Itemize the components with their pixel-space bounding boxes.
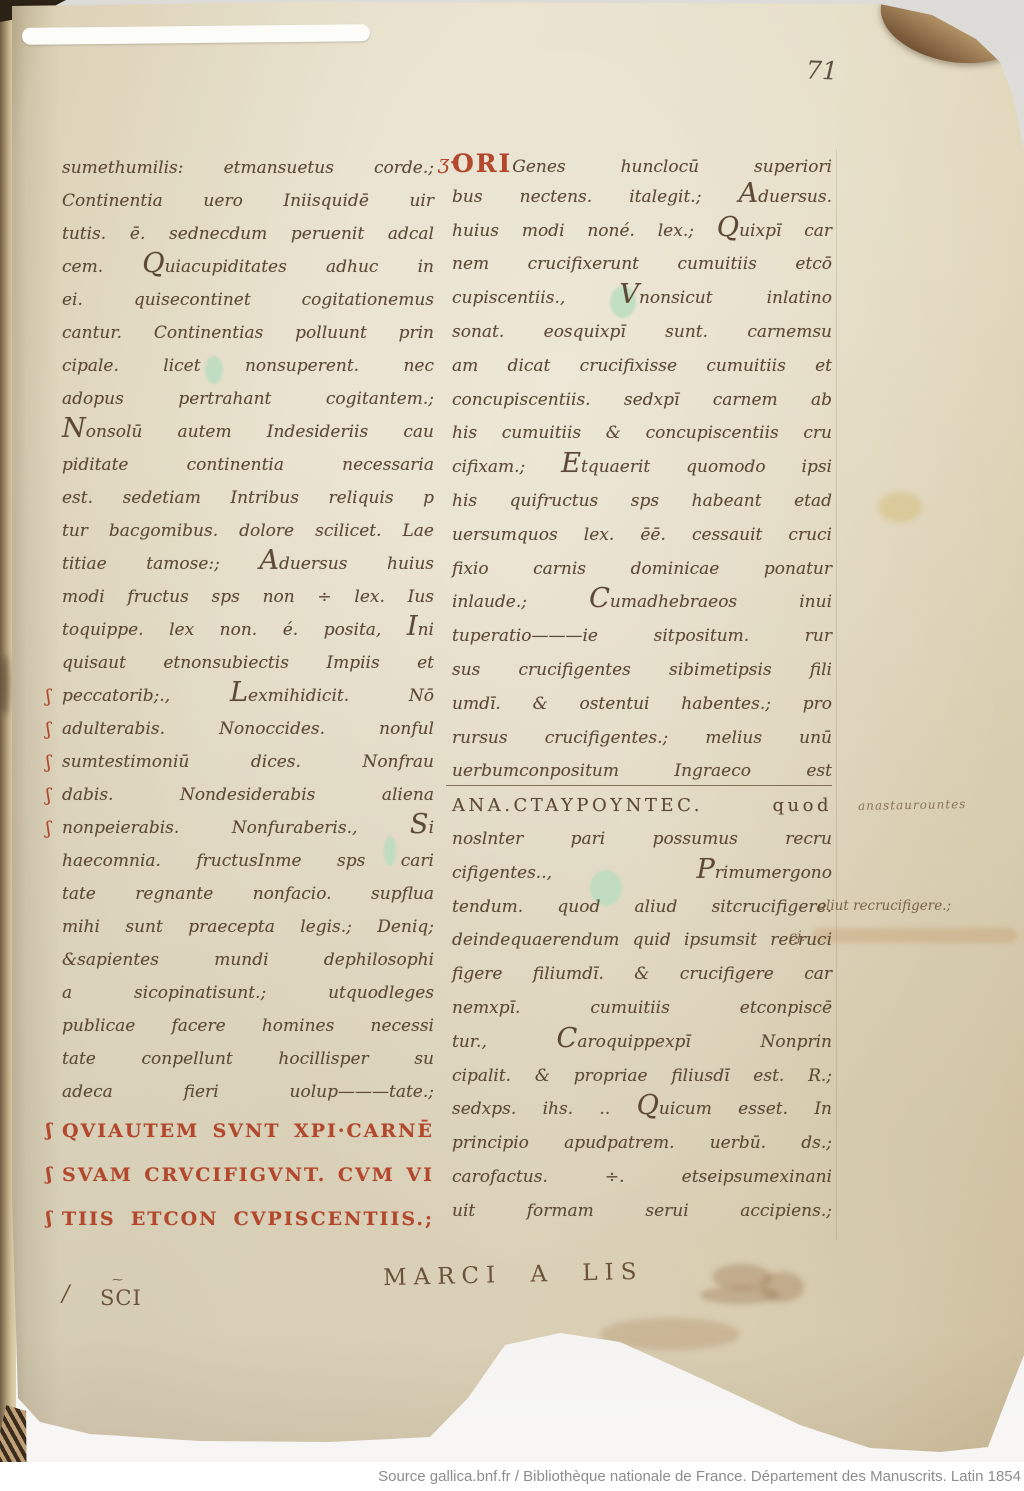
line-text: principio apudpatrem. uerbū. ds.; [452,1133,832,1153]
stain [878,492,922,522]
line-text: fixio carnis dominicae ponatur [452,559,832,579]
manuscript-line: Continentia uero Iniisquidē uir [62,185,434,218]
enlarged-initial: I [407,611,418,642]
line-text: adeca fieri uolup———tate.; [62,1082,434,1102]
manuscript-line: huius modi noné. lex.; Quixpī car [452,215,832,249]
line-text: cupiscentiis., Vnonsicut inlatino [452,288,832,308]
bottom-slash-mark: / [62,1282,69,1307]
manuscript-line: cupiscentiis., Vnonsicut inlatino [452,282,832,316]
enlarged-initial: C [557,1023,578,1054]
paragraph-mark-icon: ʃ [46,1153,54,1197]
facing-leaf-edge [22,24,370,45]
enlarged-initial: Q [637,1090,659,1121]
manuscript-line: tuperatio———ie sitpositum. rur [452,620,832,654]
manuscript-line: fixio carnis dominicae ponatur [452,553,832,587]
line-text: peccatorib;., Lexmihidicit. Nō [62,686,434,706]
line-text: figere filiumdī. & crucifigere car [452,964,832,984]
line-text: cipale. licet nonsuperent. nec [62,356,434,376]
manuscript-line: cifixam.; Etquaerit quomodo ipsi [452,451,832,485]
paragraph-mark-icon: ʃ [46,779,51,812]
manuscript-line: sonat. eosquixpī sunt. carnemsu [452,316,832,350]
parchment-page: 71 ʒ· sumethumilis: etmansuetus corde.;C… [0,0,1024,1462]
manuscript-line: cantur. Continentias polluunt prin [62,317,434,350]
line-text: uerbumconpositum Ingraeco est [452,761,832,781]
bottom-sci-mark: SCI⁓ [100,1286,142,1310]
line-text: piditate continentia necessaria [62,455,434,475]
manuscript-line: ʃdabis. Nondesiderabis aliena [62,779,434,812]
manuscript-line: tendum. quod aliud sitcrucifigere. [452,891,832,925]
line-text: modi fructus sps non ÷ lex. Ius [62,587,434,607]
line-text: tur bacgomibus. dolore scilicet. Lae [62,521,434,541]
page-corner-curl [873,0,1024,74]
line-text: sumtestimoniū dices. Nonfrau [62,752,434,772]
line-text: noslnter pari possumus recru [452,829,832,849]
paragraph-mark-icon: ʃ [46,812,51,845]
manuscript-line: bus nectens. italegit.; Aduersus. [452,181,832,215]
manuscript-line: tutis. ē. sednecdum peruenit adcal [62,218,434,251]
manuscript-line: sedxps. ihs. .. Quicum esset. In [452,1093,832,1127]
line-text: Genes hunclocū superiori [512,157,832,177]
line-text: carofactus. ÷. etseipsumexinani [452,1167,832,1187]
faded-erasure [812,928,1017,943]
line-text: ANA.CTAYPOYNTEC. quod [452,795,832,816]
enlarged-initial: V [619,279,639,310]
manuscript-line: toquippe. lex non. é. posita, Ini [62,614,434,647]
line-text: tutis. ē. sednecdum peruenit adcal [62,224,434,244]
enlarged-initial: Q [717,212,739,243]
line-text: cantur. Continentias polluunt prin [62,323,434,343]
manuscript-line: piditate continentia necessaria [62,449,434,482]
manuscript-line: a sicopinatisunt.; utquodleges [62,977,434,1010]
line-text: adulterabis. Nonoccides. nonful [62,719,434,739]
line-text: toquippe. lex non. é. posita, Ini [62,620,434,640]
line-text: titiae tamose:; Aduersus huius [62,554,434,574]
manuscript-line: haecomnia. fructusInme sps cari [62,845,434,878]
enlarged-initial: N [62,413,86,444]
enlarged-initial: A [739,178,759,209]
manuscript-line: ANA.CTAYPOYNTEC. quod [452,789,832,823]
line-text: concupiscentiis. sedxpī carnem ab [452,390,832,410]
paragraph-mark-icon: ʃ [46,1109,54,1153]
line-text: tuperatio———ie sitpositum. rur [452,626,832,646]
manuscript-line: concupiscentiis. sedxpī carnem ab [452,384,832,418]
right-text-column: ORIGenes hunclocū superioribus nectens. … [452,147,832,1229]
enlarged-initial: C [589,583,610,614]
line-text: umdī. & ostentui habentes.; pro [452,694,832,714]
line-text: nonpeierabis. Nonfuraberis., Si [62,818,434,838]
manuscript-line: nemxpī. cumuitiis etconpiscē [452,992,832,1026]
manuscript-photo: 71 ʒ· sumethumilis: etmansuetus corde.;C… [0,0,1024,1491]
manuscript-line: cifigentes.., Primumergono [452,857,832,891]
manuscript-line: rursus crucifigentes.; melius unū [452,722,832,756]
manuscript-line: noslnter pari possumus recru [452,823,832,857]
line-text: bus nectens. italegit.; Aduersus. [452,187,832,207]
manuscript-line: nem crucifixerunt cumuitiis etcō [452,248,832,282]
manuscript-line: ʃadulterabis. Nonoccides. nonful [62,713,434,746]
line-text: est. sedetiam Intribus reliquis p [62,488,434,508]
manuscript-line: uerbumconpositum Ingraeco est [452,755,832,789]
line-text: uit formam serui accipiens.; [452,1201,832,1221]
manuscript-line: ʃnonpeierabis. Nonfuraberis., Si [62,812,434,845]
line-text: mihi sunt praecepta legis.; Deniq; [62,917,434,937]
rubric-line: ʃTIIS ETCON CVPISCENTIIS.; [62,1197,434,1241]
line-text: sus crucifigentes sibimetipsis fili [452,660,832,680]
sci-flourish: ⁓ [112,1273,121,1286]
line-text: quisaut etnonsubiectis Impiis et [62,653,434,673]
manuscript-line: modi fructus sps non ÷ lex. Ius [62,581,434,614]
line-text: cifixam.; Etquaerit quomodo ipsi [452,457,832,477]
manuscript-line: inlaude.; Cumadhebraeos inui [452,586,832,620]
enlarged-initial: E [561,448,581,479]
sci-text: SCI [100,1286,142,1310]
line-text: adopus pertrahant cogitantem.; [62,389,434,409]
caption-text: Source gallica.bnf.fr / Bibliothèque nat… [378,1468,1021,1485]
manuscript-line: figere filiumdī. & crucifigere car [452,958,832,992]
rubric-line: ʃQVIAUTEM SVNT XPI·CARNĒ [62,1109,434,1153]
line-text: his quifructus sps habeant etad [452,491,832,511]
faded-inscription [700,1286,780,1304]
manuscript-line: publicae facere homines necessi [62,1010,434,1043]
line-text: TIIS ETCON CVPISCENTIIS.; [62,1208,434,1230]
manuscript-line: est. sedetiam Intribus reliquis p [62,482,434,515]
gutter-smudge [0,655,10,715]
line-text: SVAM CRVCIFIGVNT. CVM VI [62,1164,434,1186]
margin-note-recrucifigere: aliut recrucifigere.; [818,898,951,914]
paragraph-mark-icon: ʃ [46,746,51,779]
manuscript-line: cipalit. & propriae filiusdī est. R.; [452,1060,832,1094]
manuscript-line: tur bacgomibus. dolore scilicet. Lae [62,515,434,548]
manuscript-line: &sapientes mundi dephilosophi [62,944,434,977]
rubric-line: ʃSVAM CRVCIFIGVNT. CVM VI [62,1153,434,1197]
manuscript-line: mihi sunt praecepta legis.; Deniq; [62,911,434,944]
manuscript-line: tur., Caroquippexpī Nonprin [452,1026,832,1060]
manuscript-line: deindequaerendum quid ipsumsit recruci [452,924,832,958]
manuscript-line: quisaut etnonsubiectis Impiis et [62,647,434,680]
manuscript-line: tate conpellunt hocillisper su [62,1043,434,1076]
manuscript-line: principio apudpatrem. uerbū. ds.; [452,1127,832,1161]
manuscript-line: his quifructus sps habeant etad [452,485,832,519]
manuscript-line: carofactus. ÷. etseipsumexinani [452,1161,832,1195]
enlarged-initial: P [696,854,714,885]
stain [600,1318,740,1350]
ruling-line [836,150,837,1240]
margin-note-cj: cj. [789,929,806,945]
manuscript-line: cipale. licet nonsuperent. nec [62,350,434,383]
line-text: his cumuitiis & concupiscentiis cru [452,423,832,443]
line-text: sumethumilis: etmansuetus corde.; [62,158,434,178]
line-text: inlaude.; Cumadhebraeos inui [452,592,832,612]
margin-note-greek-gloss: anastaurountes [858,797,967,813]
bottom-title-marcialis: MARCI A LIS [383,1259,644,1291]
enlarged-initial: A [259,545,279,576]
line-text: tate conpellunt hocillisper su [62,1049,434,1069]
enlarged-initial: Q [142,248,164,279]
line-text: am dicat crucifixisse cumuitiis et [452,356,832,376]
paragraph-mark-icon: ʃ [46,1197,54,1241]
line-text: deindequaerendum quid ipsumsit recruci [452,930,832,950]
line-text: publicae facere homines necessi [62,1016,434,1036]
manuscript-line: ʃsumtestimoniū dices. Nonfrau [62,746,434,779]
line-text: dabis. Nondesiderabis aliena [62,785,434,805]
paragraph-mark-icon: ʃ [46,680,51,713]
line-text: uersumquos lex. ēē. cessauit cruci [452,525,832,545]
manuscript-line: uit formam serui accipiens.; [452,1195,832,1229]
line-text: tendum. quod aliud sitcrucifigere. [452,897,832,917]
line-text: Nonsolū autem Indesideriis cau [62,422,434,442]
line-text: tur., Caroquippexpī Nonprin [452,1032,832,1052]
manuscript-line: his cumuitiis & concupiscentiis cru [452,417,832,451]
line-text: nemxpī. cumuitiis etconpiscē [452,998,832,1018]
manuscript-line: cem. Quiacupiditates adhuc in [62,251,434,284]
line-text: ei. quisecontinet cogitationemus [62,290,434,310]
folio-number: 71 [806,55,839,85]
manuscript-line: uersumquos lex. ēē. cessauit cruci [452,519,832,553]
line-text: cem. Quiacupiditates adhuc in [62,257,434,277]
manuscript-line: sus crucifigentes sibimetipsis fili [452,654,832,688]
line-text: cipalit. & propriae filiusdī est. R.; [452,1066,832,1086]
manuscript-line: umdī. & ostentui habentes.; pro [452,688,832,722]
line-text: tate regnante nonfacio. supflua [62,884,434,904]
line-text: haecomnia. fructusInme sps cari [62,851,434,871]
line-text: sedxps. ihs. .. Quicum esset. In [452,1099,832,1119]
line-text: rursus crucifigentes.; melius unū [452,728,832,748]
line-text: cifigentes.., Primumergono [452,863,832,883]
manuscript-line: ei. quisecontinet cogitationemus [62,284,434,317]
caption-bar: Source gallica.bnf.fr / Bibliothèque nat… [0,1462,1024,1491]
paragraph-mark-icon: ʃ [46,713,51,746]
manuscript-line: am dicat crucifixisse cumuitiis et [452,350,832,384]
enlarged-initial: L [230,677,248,708]
manuscript-line: ʃpeccatorib;., Lexmihidicit. Nō [62,680,434,713]
enlarged-initial: S [410,809,429,840]
manuscript-line: titiae tamose:; Aduersus huius [62,548,434,581]
line-text: QVIAUTEM SVNT XPI·CARNĒ [62,1120,434,1142]
line-text: sonat. eosquixpī sunt. carnemsu [452,322,832,342]
line-text: a sicopinatisunt.; utquodleges [62,983,434,1003]
line-text: Continentia uero Iniisquidē uir [62,191,434,211]
line-text: &sapientes mundi dephilosophi [62,950,434,970]
manuscript-line: sumethumilis: etmansuetus corde.; [62,152,434,185]
line-text: huius modi noné. lex.; Quixpī car [452,221,832,241]
line-text: nem crucifixerunt cumuitiis etcō [452,254,832,274]
manuscript-line: adeca fieri uolup———tate.; [62,1076,434,1109]
manuscript-line: Nonsolū autem Indesideriis cau [62,416,434,449]
manuscript-line: adopus pertrahant cogitantem.; [62,383,434,416]
manuscript-line: ORIGenes hunclocū superiori [452,147,832,181]
manuscript-line: tate regnante nonfacio. supflua [62,878,434,911]
left-text-column: sumethumilis: etmansuetus corde.;Contine… [62,152,434,1241]
rubricated-initial: ORI [452,149,512,178]
